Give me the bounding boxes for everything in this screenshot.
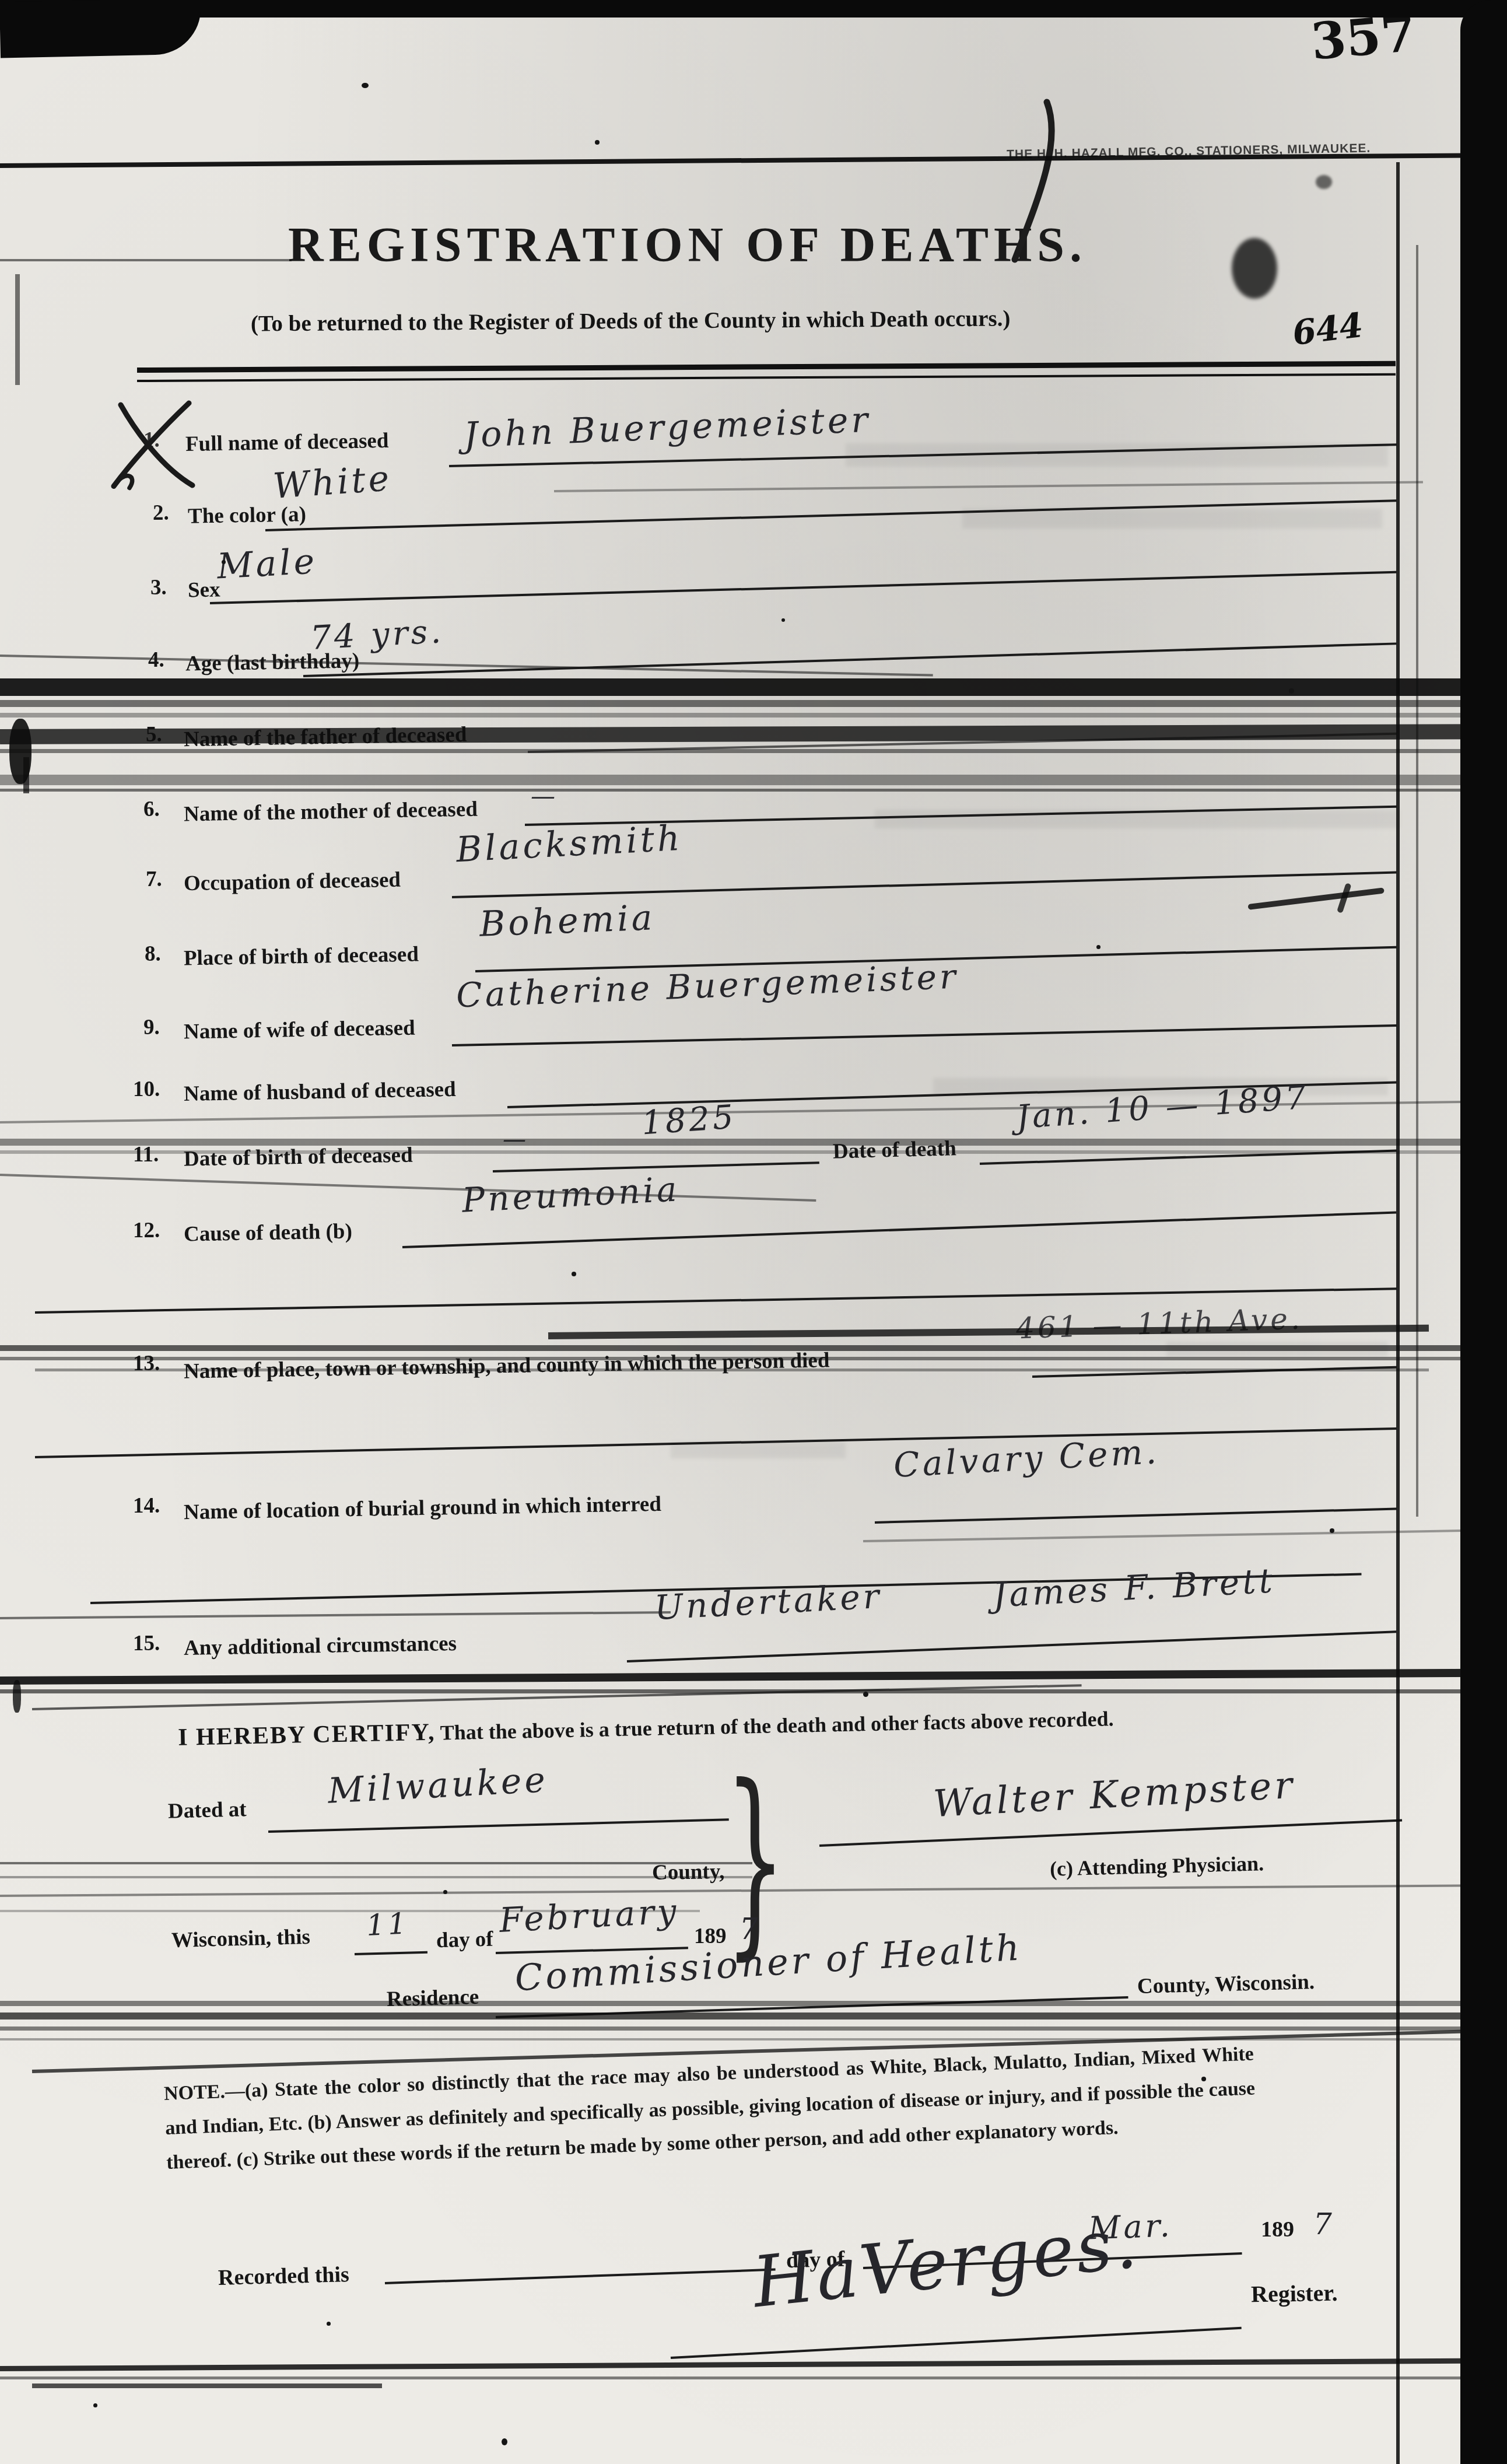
scan-smudge-band <box>32 2383 382 2388</box>
field-15-value: Undertaker <box>653 1576 883 1627</box>
scan-smudge-band <box>0 2027 1507 2031</box>
pen-scribble-mark <box>1247 887 1384 910</box>
field-14-line <box>875 1508 1397 1524</box>
scan-smudge-band <box>0 1345 1507 1351</box>
attending-physician-label: (c) Attending Physician. <box>1050 1851 1264 1881</box>
document-number: 644 <box>1290 305 1365 353</box>
field-13-line <box>1032 1366 1397 1378</box>
ink-speck <box>327 2322 331 2326</box>
scan-smudge-band <box>0 2358 1464 2371</box>
artifact-line <box>0 1862 752 1864</box>
diagonal-artifact-line <box>0 1174 816 1202</box>
form-subtitle: (To be returned to the Register of Deeds… <box>251 305 1011 337</box>
strikeout-x-mark <box>108 401 196 489</box>
certify-lead: I HEREBY CERTIFY, <box>178 1719 436 1751</box>
ghost-line <box>0 1611 671 1619</box>
scan-smudge-band <box>0 700 1507 707</box>
field-15-label: Any additional circumstances <box>184 1631 457 1661</box>
scan-smudge-band <box>0 1689 1507 1693</box>
scan-smudge-band <box>0 678 1507 696</box>
certify-text: That the above is a true return of the d… <box>440 1707 1113 1744</box>
scan-smudge-band <box>0 749 1507 753</box>
field-3-number: 3. <box>150 575 167 600</box>
field-6-number: 6. <box>143 797 160 822</box>
scanned-death-registration-page: 357 THE H. H. HAZALL MFG. CO., STATIONER… <box>0 0 1507 2464</box>
right-rule-line <box>1396 162 1400 2464</box>
field-12-value: Pneumonia <box>461 1169 681 1220</box>
ink-blotch-small <box>1316 175 1332 189</box>
field-1-value: John Buergemeister <box>463 400 871 456</box>
field-15-number: 15. <box>133 1631 160 1656</box>
state-line-label: Wisconsin, this <box>171 1924 310 1953</box>
field-4-number: 4. <box>148 647 164 673</box>
field-7-line <box>452 871 1397 898</box>
field-12-label: Cause of death (b) <box>184 1219 353 1247</box>
ink-speck <box>93 2403 97 2407</box>
scan-smudge-band <box>35 1368 1429 1371</box>
scan-smudge-band <box>0 1357 1507 1360</box>
field-6-value: — <box>531 782 558 810</box>
dated-at-line <box>268 1818 729 1833</box>
ink-speck <box>362 83 369 88</box>
field-7-value: Blacksmith <box>455 818 684 870</box>
county-label: County, <box>652 1859 725 1885</box>
form-title: REGISTRATION OF DEATHS. <box>288 217 1087 274</box>
field-3-label: Sex <box>188 577 220 603</box>
scan-top-border <box>0 0 1507 17</box>
field-7-number: 7. <box>146 867 162 892</box>
scan-smudge-band <box>0 2376 1464 2379</box>
day-of-label: day of <box>436 1927 493 1954</box>
ink-speck <box>1289 688 1294 694</box>
residence-label: Residence <box>386 1985 479 2012</box>
header-partial-rule <box>0 259 292 261</box>
double-rule-bottom <box>137 373 1396 382</box>
dated-at-label: Dated at <box>167 1797 247 1824</box>
pen-flourish-mark <box>991 99 1073 262</box>
header-thick-rule <box>0 153 1470 168</box>
ink-speck <box>572 1272 576 1276</box>
scan-smudge-band <box>0 2001 1507 2006</box>
scan-top-left-blotch <box>0 0 202 58</box>
field-6-label: Name of the mother of deceased <box>184 797 478 827</box>
field-11-number: 11. <box>133 1142 159 1167</box>
field-9-line <box>452 1024 1397 1046</box>
field-10-label: Name of husband of deceased <box>184 1077 456 1107</box>
field-3-value: Male <box>216 541 318 587</box>
artifact-line <box>0 1876 752 1878</box>
field-11-label: Date of birth of deceased <box>184 1143 413 1172</box>
ink-speck <box>502 2438 507 2445</box>
diagonal-artifact-line <box>0 654 933 677</box>
field-2-number: 2. <box>153 501 169 526</box>
footnote-paragraph: NOTE.—(a) State the color so distinctly … <box>163 2036 1257 2180</box>
ink-speck <box>1330 1528 1334 1533</box>
scan-smudge-band <box>0 789 1507 792</box>
field-15-value-2: James F. Brett <box>992 1560 1277 1615</box>
recorded-year-prefix: 189 <box>1261 2217 1294 2242</box>
field-14-number: 14. <box>133 1493 160 1518</box>
field-9-number: 9. <box>143 1015 160 1040</box>
year-value: 7 <box>740 1912 761 1946</box>
field-13-value: 461 — 11th Ave. <box>1015 1301 1303 1345</box>
field-12-line <box>402 1211 1396 1248</box>
field-13-label: Name of place, town or township, and cou… <box>184 1347 830 1384</box>
scan-smudge-band <box>0 2013 1507 2020</box>
day-value: 11 <box>366 1906 411 1943</box>
register-signature-line <box>671 2327 1242 2359</box>
field-10-number: 10. <box>133 1077 160 1102</box>
scan-right-border <box>1460 0 1507 2464</box>
field-11-birth-value: 1825 <box>640 1098 738 1142</box>
field-14-value: Calvary Cem. <box>893 1431 1161 1485</box>
scan-smudge-band <box>548 1325 1429 1339</box>
register-label: Register. <box>1251 2279 1338 2308</box>
ink-speck <box>595 140 600 145</box>
ink-speck <box>222 560 226 564</box>
field-15-line <box>627 1630 1396 1662</box>
recorded-year-value: 7 <box>1313 2207 1335 2241</box>
sweeping-artifact-line <box>32 1684 1082 1710</box>
field-4-value: 74 yrs. <box>309 612 444 657</box>
field-1-label: Full name of deceased <box>185 428 389 457</box>
field-9-label: Name of wife of deceased <box>184 1016 415 1045</box>
field-3-line <box>210 571 1396 604</box>
day-line <box>355 1951 427 1955</box>
physician-signature-line <box>819 1819 1402 1847</box>
ink-speck <box>1096 945 1101 949</box>
field-14-label: Name of location of burial ground in whi… <box>184 1492 661 1525</box>
scan-smudge-band <box>0 775 1507 785</box>
ink-speck <box>781 618 785 622</box>
bleed-through-streak <box>962 509 1382 528</box>
field-8-number: 8. <box>145 942 161 967</box>
recorded-label: Recorded this <box>218 2262 349 2291</box>
ghost-line <box>863 1529 1470 1542</box>
left-edge-mark-3 <box>13 1680 21 1713</box>
certify-statement: I HEREBY CERTIFY, That the above is a tr… <box>178 1704 1114 1752</box>
scan-smudge-band <box>0 1139 1507 1146</box>
residence-suffix: County, Wisconsin. <box>1137 1969 1315 1999</box>
ink-speck <box>443 1890 447 1894</box>
recorded-line <box>385 2269 776 2284</box>
ink-blotch <box>1232 238 1277 299</box>
field-8-label: Place of birth of deceased <box>184 942 419 971</box>
left-edge-mark <box>15 274 20 385</box>
ghost-line <box>554 481 1423 492</box>
ink-speck <box>1201 2077 1206 2081</box>
field-7-label: Occupation of deceased <box>184 867 401 896</box>
register-signature: HaVerges. <box>749 2203 1143 2324</box>
double-rule-top <box>137 361 1396 373</box>
scan-smudge-band <box>0 2038 1507 2041</box>
field-13-number: 13. <box>133 1351 160 1376</box>
scan-smudge-band <box>0 1668 1507 1685</box>
dated-at-value: Milwaukee <box>327 1759 549 1812</box>
field-8-value: Bohemia <box>479 897 656 945</box>
month-value: February <box>498 1891 680 1940</box>
field-2-value: White <box>272 458 394 507</box>
physician-signature: Walter Kempster <box>932 1764 1296 1826</box>
scan-smudge-band <box>0 713 1507 717</box>
scan-smudge-band <box>0 1150 1507 1154</box>
ink-speck <box>863 1692 868 1697</box>
field-12-number: 12. <box>133 1218 160 1243</box>
